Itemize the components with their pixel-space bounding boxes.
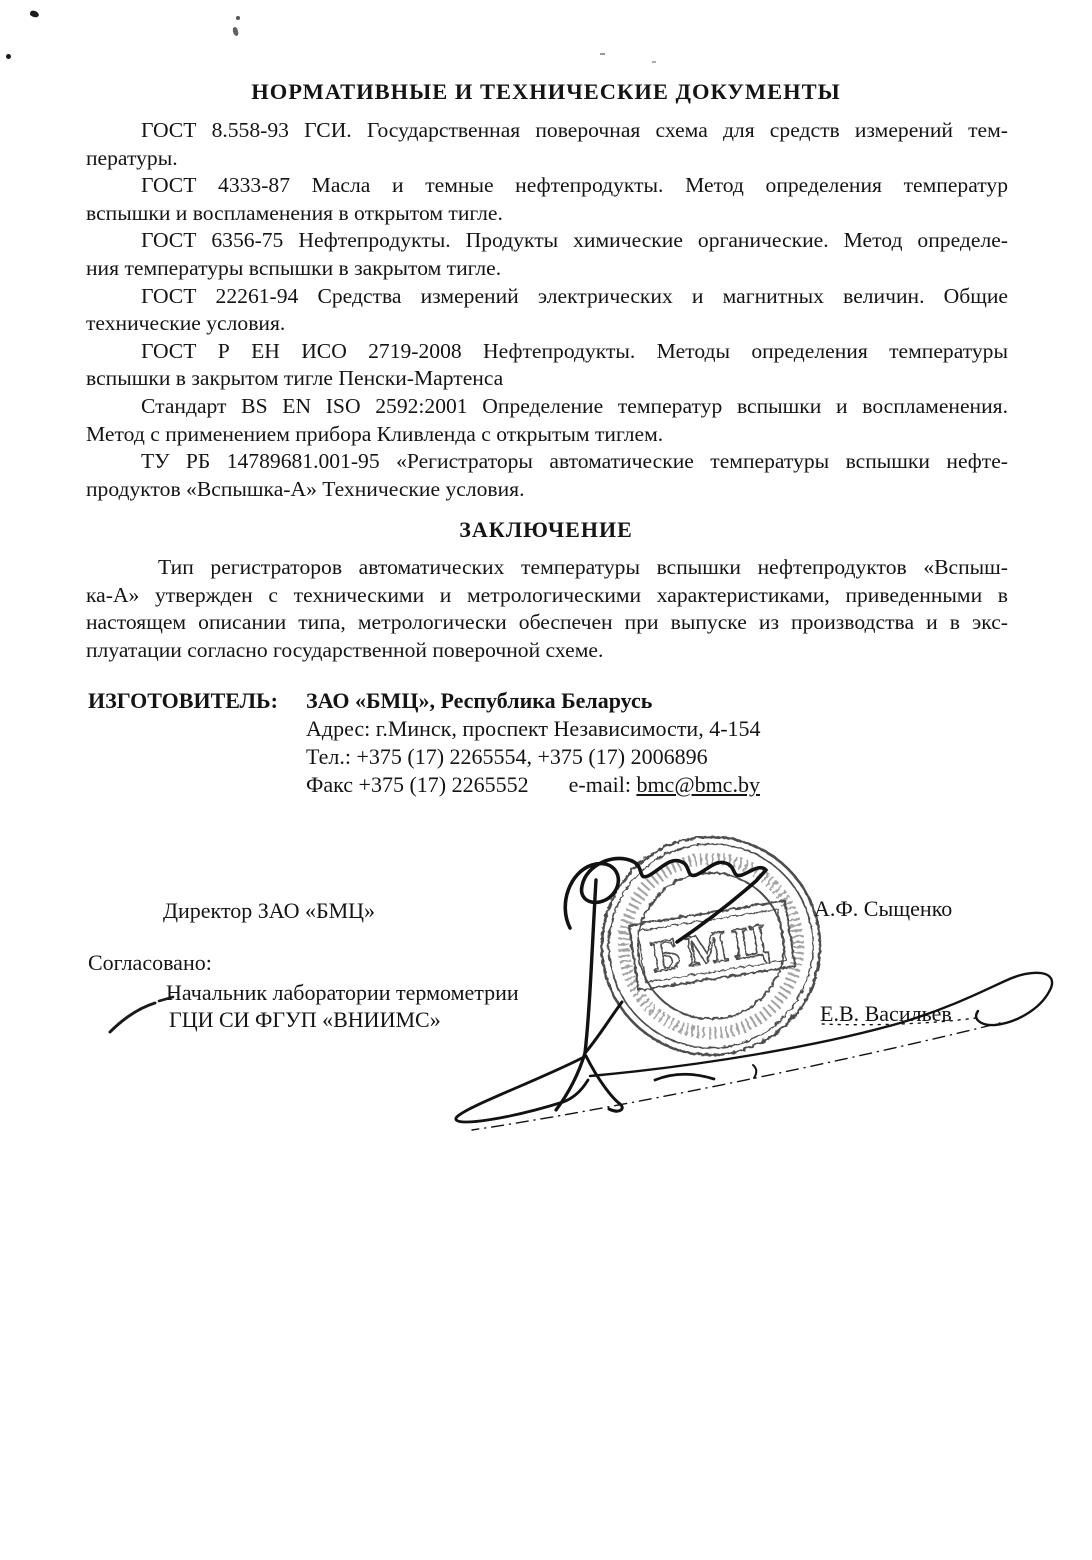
email-text: bmc@bmc.by bbox=[636, 771, 760, 799]
agreed-label: Согласовано: bbox=[88, 951, 212, 975]
documents-list: ГОСТ 8.558-93 ГСИ. Государственная повер… bbox=[86, 117, 1008, 503]
documents-section-title: НОРМАТИВНЫЕ И ТЕХНИЧЕСКИЕ ДОКУМЕНТЫ bbox=[0, 79, 1092, 105]
paragraph-line: ГОСТ Р ЕН ИСО 2719-2008 Нефтепродукты. М… bbox=[86, 338, 1008, 366]
scan-speck bbox=[6, 54, 11, 59]
approver-name: Е.В. Васильев bbox=[820, 1002, 952, 1026]
manufacturer-phone: Тел.: +375 (17) 2265554, +375 (17) 20068… bbox=[306, 743, 708, 771]
manufacturer-block: ИЗГОТОВИТЕЛЬ: ЗАО «БМЦ», Республика Бела… bbox=[88, 687, 1008, 799]
paragraph-line: плуатации согласно государственной повер… bbox=[86, 637, 1008, 665]
scanned-document-page: НОРМАТИВНЫЕ И ТЕХНИЧЕСКИЕ ДОКУМЕНТЫ ГОСТ… bbox=[0, 0, 1092, 1560]
paragraph-line: пературы. bbox=[86, 145, 1008, 173]
paragraph-line: Тип регистраторов автоматических темпера… bbox=[86, 554, 1008, 582]
scan-speck bbox=[236, 16, 240, 20]
conclusion-section-title: ЗАКЛЮЧЕНИЕ bbox=[0, 517, 1092, 543]
paragraph-line: ТУ РБ 14789681.001-95 «Регистраторы авто… bbox=[86, 448, 1008, 476]
paragraph-line: ГОСТ 6356-75 Нефтепродукты. Продукты хим… bbox=[86, 227, 1008, 255]
paragraph-line: ка-А» утвержден с техническими и метроло… bbox=[86, 582, 1008, 610]
dash-line bbox=[472, 1023, 1000, 1130]
director-title: Директор ЗАО «БМЦ» bbox=[163, 899, 375, 923]
approver-title: Начальник лаборатории термометрии bbox=[166, 981, 519, 1005]
paragraph-line: ГОСТ 8.558-93 ГСИ. Государственная повер… bbox=[86, 117, 1008, 145]
paragraph-line: ГОСТ 4333-87 Масла и темные нефтепродукт… bbox=[86, 172, 1008, 200]
paragraph-line: ния температуры вспышки в закрытом тигле… bbox=[86, 255, 1008, 283]
paragraph-line: продуктов «Вспышка-А» Технические услови… bbox=[86, 476, 1008, 504]
paragraph-line: технические условия. bbox=[86, 310, 1008, 338]
paragraph-line: Метод с применением прибора Кливленда с … bbox=[86, 421, 1008, 449]
paragraph-line: вспышки в закрытом тигле Пенски-Мартенса bbox=[86, 365, 1008, 393]
company-stamp: БМЦ bbox=[601, 836, 819, 1054]
stamp-and-signatures: БМЦ bbox=[420, 818, 1092, 1153]
signature-director bbox=[565, 858, 766, 1053]
manufacturer-address: Адрес: г.Минск, проспект Независимости, … bbox=[306, 715, 761, 743]
paragraph-line: настоящем описании типа, метрологически … bbox=[86, 609, 1008, 637]
manufacturer-label: ИЗГОТОВИТЕЛЬ: bbox=[88, 687, 306, 715]
manufacturer-name: ЗАО «БМЦ», Республика Беларусь bbox=[306, 687, 652, 715]
email-label: e-mail: bbox=[569, 771, 631, 799]
signature-flourish bbox=[456, 973, 1052, 1130]
approver-org: ГЦИ СИ ФГУП «ВНИИМС» bbox=[169, 1008, 441, 1032]
paragraph-line: Стандарт BS EN ISO 2592:2001 Определение… bbox=[86, 393, 1008, 421]
conclusion-paragraph: Тип регистраторов автоматических темпера… bbox=[86, 554, 1008, 664]
paragraph-line: вспышки и воспламенения в открытом тигле… bbox=[86, 200, 1008, 228]
scan-speck bbox=[29, 10, 39, 18]
stamp-text: БМЦ bbox=[647, 913, 776, 981]
manufacturer-fax: Факс +375 (17) 2265552 bbox=[306, 771, 529, 799]
director-name: А.Ф. Сыщенко bbox=[814, 897, 952, 921]
paragraph-line: ГОСТ 22261-94 Средства измерений электри… bbox=[86, 283, 1008, 311]
scan-speck bbox=[232, 27, 239, 37]
scan-speck bbox=[652, 61, 656, 63]
stamp-center-frame: БМЦ bbox=[628, 900, 794, 990]
scan-speck bbox=[600, 53, 605, 55]
